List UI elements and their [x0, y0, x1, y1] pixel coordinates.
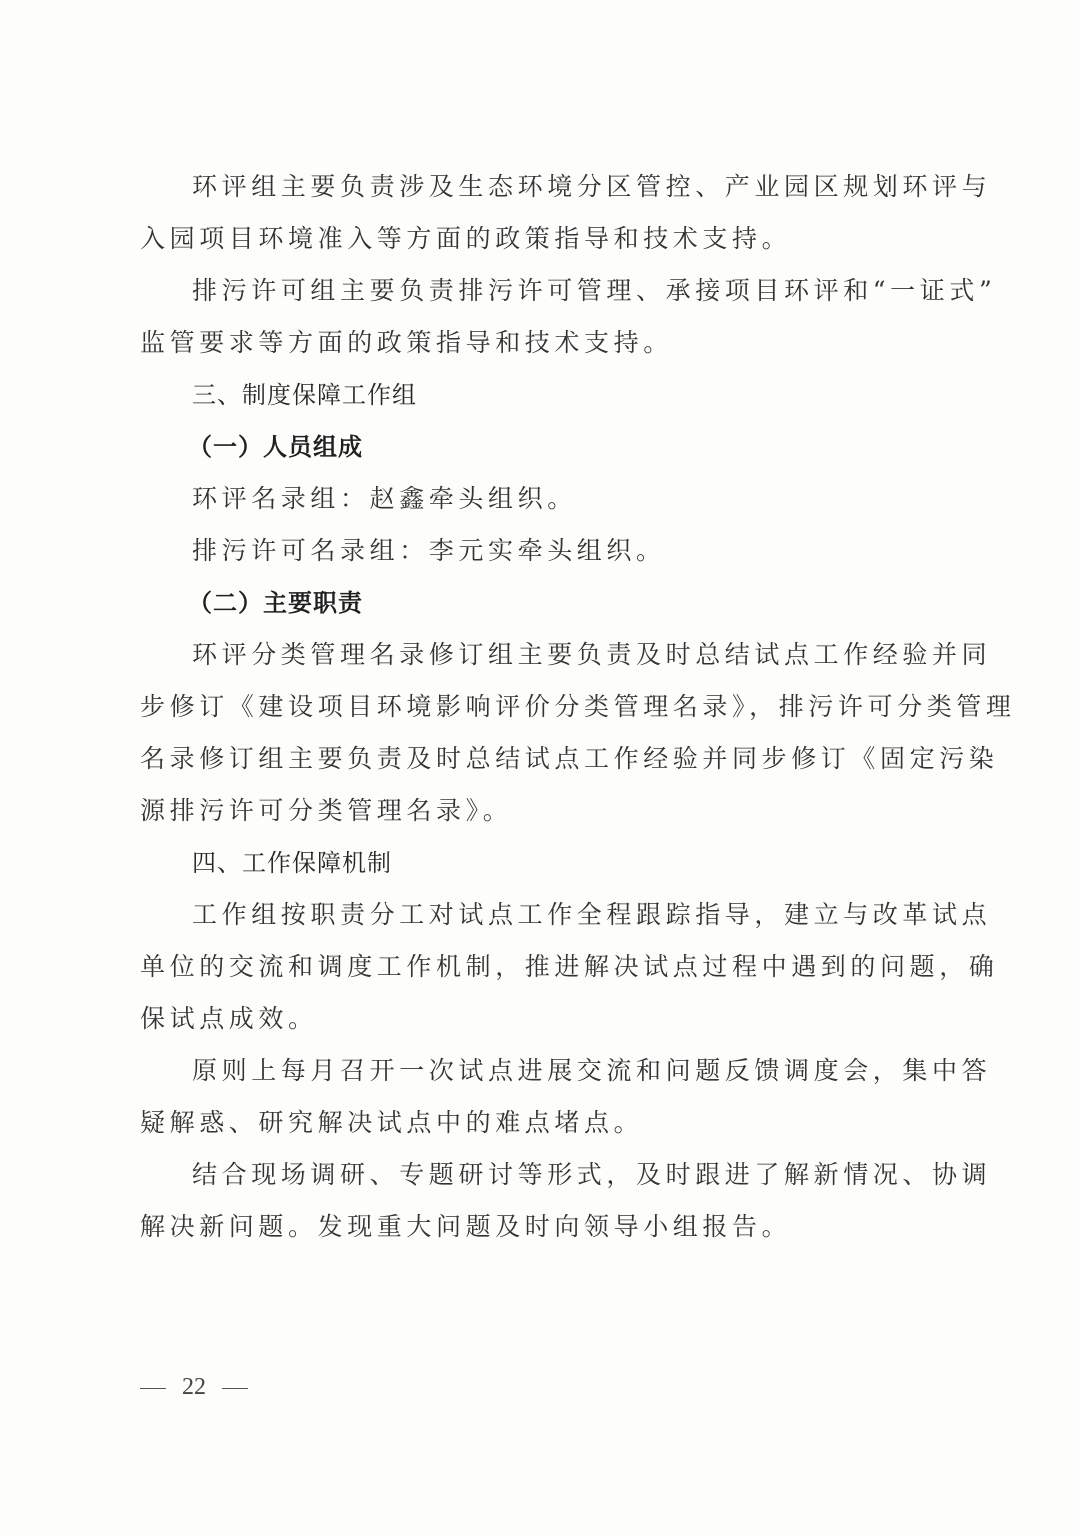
subsection-heading: （二）主要职责: [188, 588, 988, 618]
paragraph-line: 原则上每月召开一次试点进展交流和问题反馈调度会，集中答: [192, 1056, 992, 1086]
page-number: 22: [140, 1374, 248, 1401]
dash-right: [222, 1388, 248, 1389]
section-heading: 三、制度保障工作组: [192, 380, 992, 410]
paragraph-line: 环评分类管理名录修订组主要负责及时总结试点工作经验并同: [192, 640, 992, 670]
paragraph-line: 名录修订组主要负责及时总结试点工作经验并同步修订《固定污染: [140, 744, 940, 774]
paragraph-line: 监管要求等方面的政策指导和技术支持。: [140, 328, 940, 358]
paragraph-line: 排污许可名录组：李元实牵头组织。: [192, 536, 992, 566]
paragraph-line: 保试点成效。: [140, 1004, 940, 1034]
page-number-value: 22: [182, 1374, 206, 1400]
paragraph-line: 入园项目环境准入等方面的政策指导和技术支持。: [140, 224, 940, 254]
section-heading: 四、工作保障机制: [192, 848, 992, 878]
subsection-heading: （一）人员组成: [188, 432, 988, 462]
paragraph-line: 步修订《建设项目环境影响评价分类管理名录》，排污许可分类管理: [140, 692, 940, 722]
paragraph-line: 结合现场调研、专题研讨等形式，及时跟进了解新情况、协调: [192, 1160, 992, 1190]
paragraph-line: 工作组按职责分工对试点工作全程跟踪指导，建立与改革试点: [192, 900, 992, 930]
paragraph-line: 环评名录组：赵鑫牵头组织。: [192, 484, 992, 514]
paragraph-line: 解决新问题。发现重大问题及时向领导小组报告。: [140, 1212, 940, 1242]
paragraph-line: 源排污许可分类管理名录》。: [140, 796, 940, 826]
paragraph-line: 环评组主要负责涉及生态环境分区管控、产业园区规划环评与: [192, 172, 992, 202]
paragraph-line: 疑解惑、研究解决试点中的难点堵点。: [140, 1108, 940, 1138]
dash-left: [140, 1388, 166, 1389]
paragraph-line: 排污许可组主要负责排污许可管理、承接项目环评和“一证式”: [192, 276, 992, 306]
document-page: 环评组主要负责涉及生态环境分区管控、产业园区规划环评与 入园项目环境准入等方面的…: [0, 0, 1080, 1536]
paragraph-line: 单位的交流和调度工作机制，推进解决试点过程中遇到的问题，确: [140, 952, 940, 982]
